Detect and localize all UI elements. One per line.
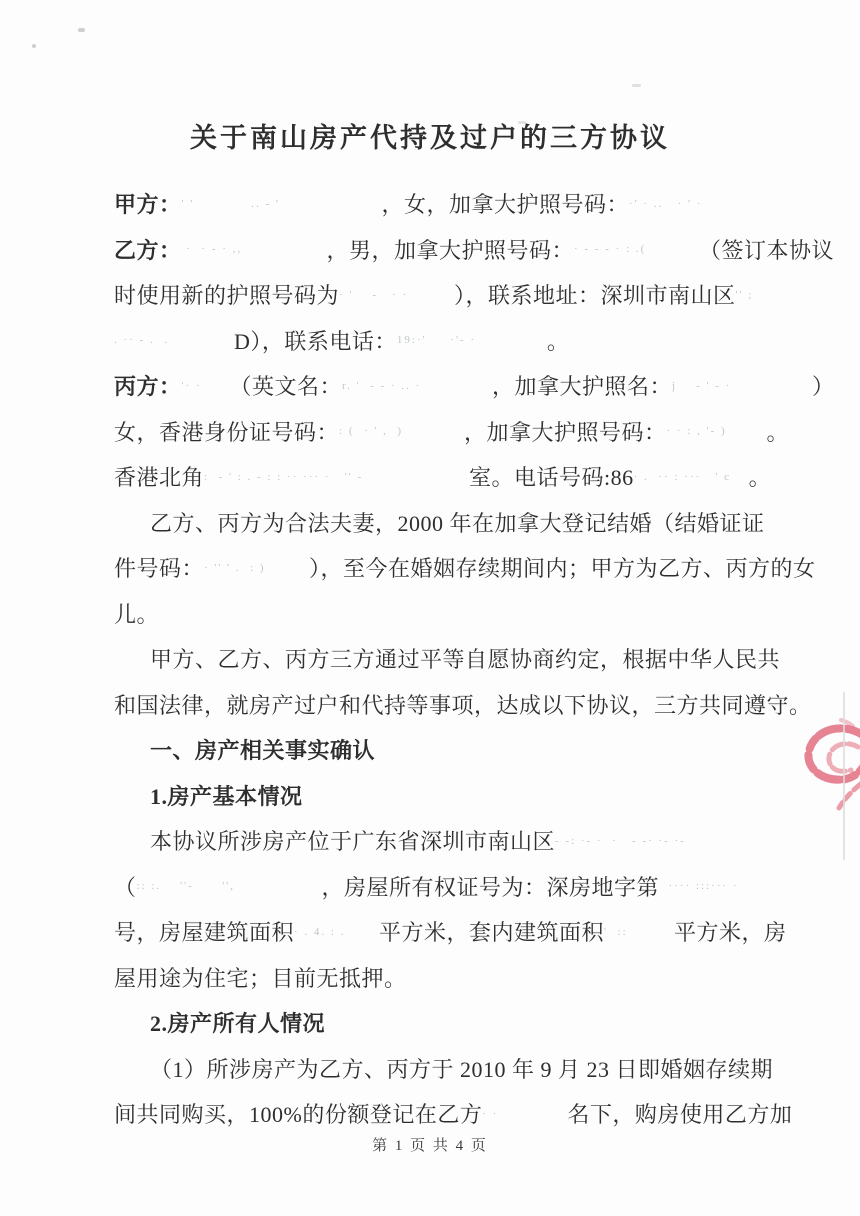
text-line: 女，香港身份证号码：: ( · ' , )，加拿大护照号码：· · : , '-… bbox=[114, 409, 796, 455]
text-line: 一、房产相关事实确认 bbox=[114, 727, 796, 773]
scan-speck bbox=[632, 84, 641, 87]
text-segment: ，加拿大护照名： bbox=[492, 370, 672, 401]
text-segment: 号，房屋建筑面积 bbox=[114, 916, 294, 947]
text-segment: 丙方： bbox=[114, 370, 182, 401]
text-line: 乙方、丙方为合法夫妻，2000 年在加拿大登记结婚（结婚证证 bbox=[114, 500, 796, 546]
text-segment: （签订本协议 bbox=[699, 234, 834, 265]
text-segment: 儿。 bbox=[114, 598, 159, 629]
scan-artifact-line bbox=[843, 692, 845, 860]
redacted-area: · · : , '- ) bbox=[667, 416, 767, 446]
text-segment: 名下，购房使用乙方加 bbox=[567, 1098, 792, 1129]
text-segment: 屋用途为住宅；目前无抵押。 bbox=[114, 962, 407, 993]
redacted-area: : - ' : . - : : ·· ··· · '' - bbox=[204, 462, 469, 492]
text-segment: 1.房产基本情况 bbox=[150, 780, 303, 811]
text-line: 件号码：· '' ' . : )），至今在婚姻存续期间内；甲方为乙方、丙方的女 bbox=[114, 545, 796, 591]
text-segment: ，房屋所有权证号为：深房地字第 bbox=[322, 871, 660, 902]
text-line: . ·· - . .D），联系电话：19:·' ·'- ·。 bbox=[114, 318, 796, 364]
text-line: 乙方： · · - · ,,，男，加拿大护照号码：· - - - · : .(（… bbox=[114, 227, 796, 273]
redacted-area: '' ; bbox=[736, 280, 782, 310]
text-segment: ） bbox=[812, 370, 835, 401]
text-segment: 甲方、乙方、丙方三方通过平等自愿协商约定，根据中华人民共 bbox=[150, 643, 780, 674]
red-seal-stamp bbox=[801, 718, 860, 814]
text-line: 丙方：'· ·（英文名：r. ' - - · .. ·，加拿大护照名：j - '… bbox=[114, 363, 796, 409]
text-segment: 乙方、丙方为合法夫妻，2000 年在加拿大登记结婚（结婚证证 bbox=[150, 507, 765, 538]
scan-speck bbox=[78, 28, 85, 32]
redacted-area: j - ' - · bbox=[672, 371, 812, 401]
text-line: 时使用新的护照号码为· ' - · ·），联系地址：深圳市南山区'' ; bbox=[114, 272, 796, 318]
text-segment: 平方米，房 bbox=[674, 916, 787, 947]
text-line: 1.房产基本情况 bbox=[114, 773, 796, 819]
text-segment: ，女，加拿大护照号码： bbox=[382, 188, 630, 219]
text-segment: （ bbox=[114, 871, 137, 902]
redacted-area: ···· :::··· · bbox=[659, 871, 794, 901]
text-segment: （1）所涉房产为乙方、丙方于 2010 年 9 月 23 日即婚姻存续期 bbox=[150, 1053, 773, 1084]
text-segment: 。 bbox=[547, 325, 570, 356]
text-segment: D），联系电话： bbox=[234, 325, 397, 356]
document-title: 关于南山房产代持及过户的三方协议 bbox=[0, 116, 860, 155]
text-line: 和国法律，就房产过户和代持等事项，达成以下协议，三方共同遵守。 bbox=[114, 682, 796, 728]
text-segment: ，男，加拿大护照号码： bbox=[327, 234, 575, 265]
text-segment: 间共同购买，100%的份额登记在乙方 bbox=[114, 1098, 482, 1129]
text-segment: 件号码： bbox=[114, 552, 204, 583]
redacted-area: · . 4. : . bbox=[294, 917, 379, 947]
text-segment: （英文名： bbox=[230, 370, 343, 401]
redacted-area: · . ·· : ··· ' c bbox=[634, 462, 749, 492]
text-line: （1）所涉房产为乙方、丙方于 2010 年 9 月 23 日即婚姻存续期 bbox=[114, 1046, 796, 1092]
document-page: 关于南山房产代持及过户的三方协议 甲方：' ' .. - '，女，加拿大护照号码… bbox=[0, 0, 860, 1216]
redacted-area: · · bbox=[482, 1099, 567, 1129]
text-line: 甲方、乙方、丙方三方通过平等自愿协商约定，根据中华人民共 bbox=[114, 636, 796, 682]
text-segment: 和国法律，就房产过户和代持等事项，达成以下协议，三方共同遵守。 bbox=[114, 689, 812, 720]
text-segment: ），至今在婚姻存续期间内；甲方为乙方、丙方的女 bbox=[309, 552, 816, 583]
text-segment: 女，香港身份证号码： bbox=[114, 416, 339, 447]
redacted-area: · - - - · : .( bbox=[574, 234, 699, 264]
text-segment: 乙方： bbox=[114, 234, 182, 265]
text-segment: 本协议所涉房产位于广东省深圳市南山区 bbox=[150, 825, 555, 856]
text-segment: 室。电话号码:86 bbox=[469, 461, 634, 492]
text-line: 甲方：' ' .. - '，女，加拿大护照号码：·' · .. · ' · bbox=[114, 181, 796, 227]
redacted-area: · '' ' . : ) bbox=[204, 553, 309, 583]
redacted-area: - -: ·- · · - -· ·- ·- bbox=[555, 826, 800, 856]
text-segment: ，加拿大护照号码： bbox=[464, 416, 667, 447]
text-segment: 平方米，套内建筑面积 bbox=[379, 916, 604, 947]
text-segment: 甲方： bbox=[114, 188, 182, 219]
redacted-area: · · - · ,, bbox=[182, 234, 327, 264]
document-body: 甲方：' ' .. - '，女，加拿大护照号码：·' · .. · ' ·乙方：… bbox=[114, 181, 796, 1137]
redacted-area: ' ' .. - ' bbox=[182, 189, 382, 219]
text-line: 香港北角: - ' : . - : : ·· ··· · '' -室。电话号码:… bbox=[114, 454, 796, 500]
scan-speck bbox=[32, 44, 36, 48]
redacted-area: · ' - · · bbox=[339, 280, 454, 310]
redacted-area: . ·· - . . bbox=[114, 325, 234, 355]
text-segment: ），联系地址：深圳市南山区 bbox=[454, 279, 736, 310]
text-segment: 时使用新的护照号码为 bbox=[114, 279, 339, 310]
text-line: （:: :. ''- '',，房屋所有权证号为：深房地字第 ···· :::··… bbox=[114, 864, 796, 910]
redacted-area: : ( · ' , ) bbox=[339, 416, 464, 446]
text-segment: 一、房产相关事实确认 bbox=[150, 734, 375, 765]
text-segment: 2.房产所有人情况 bbox=[150, 1007, 325, 1038]
text-line: 间共同购买，100%的份额登记在乙方· ·名下，购房使用乙方加 bbox=[114, 1091, 796, 1137]
text-line: 2.房产所有人情况 bbox=[114, 1000, 796, 1046]
redacted-area: r. ' - - · .. · bbox=[342, 371, 492, 401]
text-line: 本协议所涉房产位于广东省深圳市南山区- -: ·- · · - -· ·- ·- bbox=[114, 818, 796, 864]
text-line: 号，房屋建筑面积· . 4. : .平方米，套内建筑面积' ::平方米，房 bbox=[114, 909, 796, 955]
redacted-area: '· · bbox=[182, 371, 230, 401]
text-line: 屋用途为住宅；目前无抵押。 bbox=[114, 955, 796, 1001]
text-segment: 。 bbox=[749, 461, 772, 492]
redacted-area: :: :. ''- '', bbox=[137, 871, 322, 901]
text-segment: 香港北角 bbox=[114, 461, 204, 492]
redacted-area: ' :: bbox=[604, 917, 674, 947]
redacted-area: 19:·' ·'- · bbox=[397, 325, 547, 355]
page-number-footer: 第 1 页 共 4 页 bbox=[0, 1134, 860, 1155]
text-segment: 。 bbox=[767, 416, 790, 447]
text-line: 儿。 bbox=[114, 591, 796, 637]
redacted-area: ·' · .. · ' · bbox=[629, 189, 779, 219]
